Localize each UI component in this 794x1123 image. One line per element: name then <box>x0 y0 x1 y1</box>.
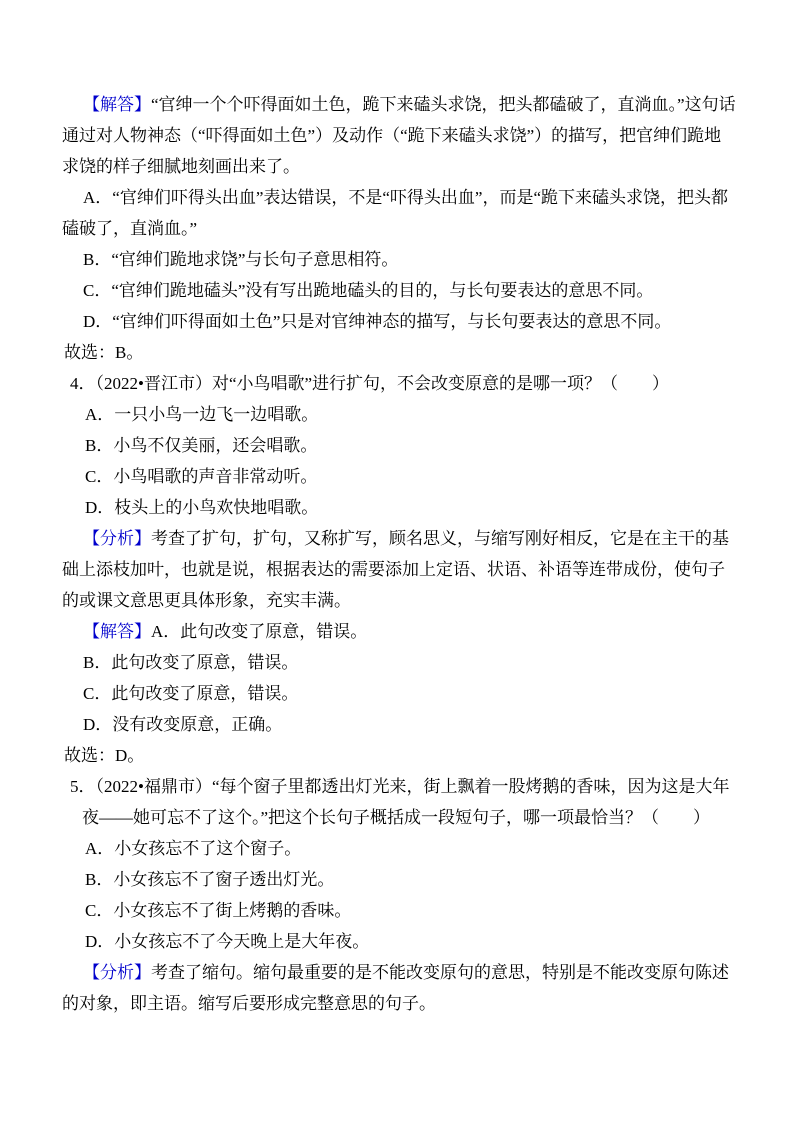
answer-option-paragraph: B．“官绅们跪地求饶”与长句子意思相符。 <box>62 244 738 275</box>
answer-option-paragraph: C．此句改变了原意，错误。 <box>62 678 738 709</box>
analysis-paragraph: 【分析】考查了扩句，扩句，又称扩写，顾名思义，与缩写刚好相反，它是在主干的基础上… <box>62 523 738 616</box>
paragraph-text: D．“官绅们吓得面如土色”只是对官绅神态的描写，与长句要表达的意思不同。 <box>83 312 671 331</box>
paragraph-text: 考查了缩句。缩句最重要的是不能改变原句的意思，特别是不能改变原句陈述的对象，即主… <box>62 963 729 1013</box>
paragraph-text: C．小鸟唱歌的声音非常动听。 <box>85 467 317 486</box>
section-label: 【分析】 <box>83 529 151 548</box>
choice-option: B．小女孩忘不了窗子透出灯光。 <box>62 864 738 895</box>
paragraph-text: （2022•晋江市）对“小鸟唱歌”进行扩句，不会改变原意的是哪一项？（ ） <box>96 374 670 393</box>
paragraph-text: （2022•福鼎市）“每个窗子里都透出灯光来，街上飘着一股烤鹅的香味，因为这是大… <box>82 777 730 827</box>
document-page: 【解答】“官绅一个个吓得面如土色，跪下来磕头求饶，把头都磕破了，直淌血。”这句话… <box>0 0 794 1123</box>
answer-option-paragraph: D．没有改变原意，正确。 <box>62 709 738 740</box>
choice-option: D．枝头上的小鸟欢快地唱歌。 <box>62 492 738 523</box>
answer-option-paragraph: A．“官绅们吓得头出血”表达错误，不是“吓得头出血”，而是“跪下来磕头求饶，把头… <box>62 182 738 244</box>
paragraph-text: C．此句改变了原意，错误。 <box>83 684 298 703</box>
choice-option: B．小鸟不仅美丽，还会唱歌。 <box>62 430 738 461</box>
paragraph-text: A．一只小鸟一边飞一边唱歌。 <box>85 405 318 424</box>
choice-option: A．一只小鸟一边飞一边唱歌。 <box>62 399 738 430</box>
answer-option-paragraph: B．此句改变了原意，错误。 <box>62 647 738 678</box>
answer-conclusion: 故选：B。 <box>62 337 738 368</box>
paragraph-text: D．小女孩忘不了今天晚上是大年夜。 <box>85 932 369 951</box>
paragraph-text: D．枝头上的小鸟欢快地唱歌。 <box>85 498 318 517</box>
paragraph-text: C．“官绅们跪地磕头”没有写出跪地磕头的目的，与长句要表达的意思不同。 <box>83 281 653 300</box>
paragraph-text: B．此句改变了原意，错误。 <box>83 653 298 672</box>
paragraph-text: D．没有改变原意，正确。 <box>83 715 282 734</box>
choice-option: D．小女孩忘不了今天晚上是大年夜。 <box>62 926 738 957</box>
paragraph-text: “官绅一个个吓得面如土色，跪下来磕头求饶，把头都磕破了，直淌血。”这句话通过对人… <box>62 95 736 176</box>
paragraph-text: A．小女孩忘不了这个窗子。 <box>85 839 301 858</box>
analysis-paragraph: 【分析】考查了缩句。缩句最重要的是不能改变原句的意思，特别是不能改变原句陈述的对… <box>62 957 738 1019</box>
document-content: 【解答】“官绅一个个吓得面如土色，跪下来磕头求饶，把头都磕破了，直淌血。”这句话… <box>62 89 738 1019</box>
paragraph-text: 考查了扩句，扩句，又称扩写，顾名思义，与缩写刚好相反，它是在主干的基础上添枝加叶… <box>62 529 729 610</box>
paragraph-text: B．小女孩忘不了窗子透出灯光。 <box>85 870 334 889</box>
section-label: 【分析】 <box>83 963 151 982</box>
question-number: 4． <box>70 374 96 393</box>
question-number: 5． <box>70 777 96 796</box>
choice-option: A．小女孩忘不了这个窗子。 <box>62 833 738 864</box>
paragraph-text: A．“官绅们吓得头出血”表达错误，不是“吓得头出血”，而是“跪下来磕头求饶，把头… <box>62 188 728 238</box>
paragraph-text: 故选：D。 <box>64 746 144 765</box>
section-label: 【解答】 <box>83 95 151 114</box>
choice-option: C．小鸟唱歌的声音非常动听。 <box>62 461 738 492</box>
paragraph-text: A．此句改变了原意，错误。 <box>151 622 367 641</box>
paragraph-text: C．小女孩忘不了街上烤鹅的香味。 <box>85 901 351 920</box>
answer-option-paragraph: D．“官绅们吓得面如土色”只是对官绅神态的描写，与长句要表达的意思不同。 <box>62 306 738 337</box>
choice-option: C．小女孩忘不了街上烤鹅的香味。 <box>62 895 738 926</box>
answer-paragraph: 【解答】“官绅一个个吓得面如土色，跪下来磕头求饶，把头都磕破了，直淌血。”这句话… <box>62 89 738 182</box>
answer-conclusion: 故选：D。 <box>62 740 738 771</box>
question-paragraph: 5．（2022•福鼎市）“每个窗子里都透出灯光来，街上飘着一股烤鹅的香味，因为这… <box>62 771 738 833</box>
paragraph-text: 故选：B。 <box>64 343 143 362</box>
answer-option-paragraph: C．“官绅们跪地磕头”没有写出跪地磕头的目的，与长句要表达的意思不同。 <box>62 275 738 306</box>
answer-paragraph: 【解答】A．此句改变了原意，错误。 <box>62 616 738 647</box>
paragraph-text: B．小鸟不仅美丽，还会唱歌。 <box>85 436 317 455</box>
question-paragraph: 4．（2022•晋江市）对“小鸟唱歌”进行扩句，不会改变原意的是哪一项？（ ） <box>62 368 738 399</box>
paragraph-text: B．“官绅们跪地求饶”与长句子意思相符。 <box>83 250 398 269</box>
section-label: 【解答】 <box>83 622 151 641</box>
